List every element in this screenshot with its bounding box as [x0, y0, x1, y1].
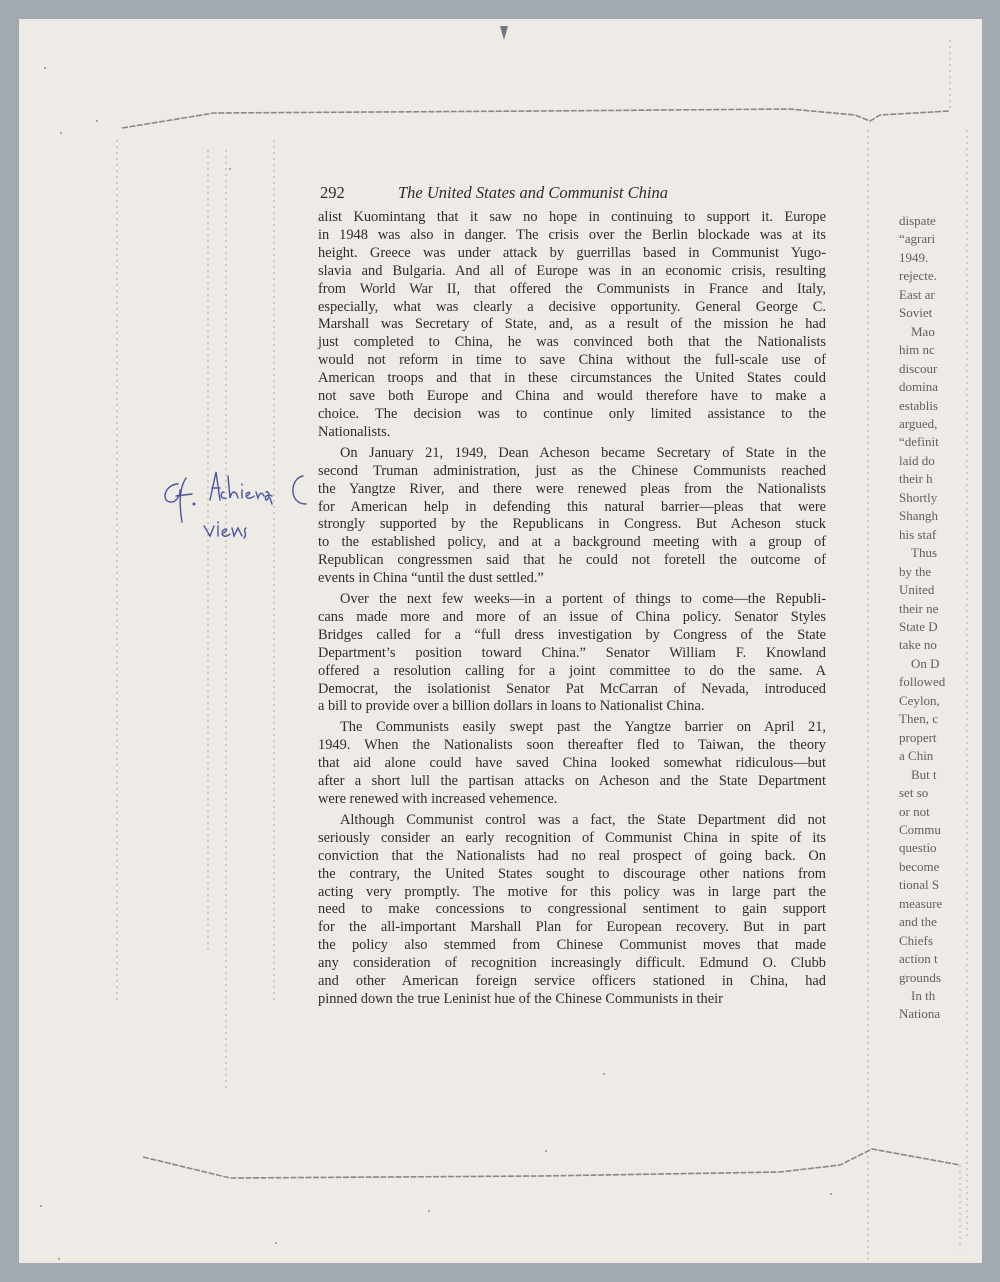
- page-number: 292: [320, 183, 345, 203]
- fragment-line: Mao: [899, 323, 969, 341]
- fragment-line: followed: [899, 673, 969, 691]
- facing-page-fragments: dispate“agrari1949.rejecte.East arSoviet…: [899, 212, 969, 1024]
- text-line: any consideration of recognition increas…: [318, 955, 826, 973]
- fragment-line: or not: [899, 803, 969, 821]
- text-line: just completed to China, he was convince…: [318, 334, 826, 352]
- fragment-line: become: [899, 858, 969, 876]
- text-line: after a short lull the partisan attacks …: [318, 773, 826, 791]
- fragment-line: by the: [899, 563, 969, 581]
- fragment-line: But t: [899, 766, 969, 784]
- fragment-line: him nc: [899, 341, 969, 359]
- text-line: Bridges called for a “full dress investi…: [318, 627, 826, 645]
- fragment-line: Commu: [899, 821, 969, 839]
- text-line: a bill to provide over a billion dollars…: [318, 698, 826, 716]
- paragraph: Although Communist control was a fact, t…: [318, 812, 826, 1009]
- text-line: Democrat, the isolationist Senator Pat M…: [318, 681, 826, 699]
- fragment-line: his staf: [899, 526, 969, 544]
- text-line: that aid alone could have saved China lo…: [318, 755, 826, 773]
- text-line: offered a resolution calling for a joint…: [318, 663, 826, 681]
- fragment-line: Then, c: [899, 710, 969, 728]
- text-line: American troops and that in these circum…: [318, 370, 826, 388]
- book-title: The United States and Communist China: [398, 183, 668, 203]
- text-line: height. Greece was under attack by guerr…: [318, 245, 826, 263]
- text-line: choice. The decision was to continue onl…: [318, 406, 826, 424]
- paragraph: On January 21, 1949, Dean Acheson became…: [318, 445, 826, 588]
- text-line: the policy also stemmed from Chinese Com…: [318, 937, 826, 955]
- text-line: second Truman administration, just as th…: [318, 463, 826, 481]
- fragment-line: United: [899, 581, 969, 599]
- fragment-line: East ar: [899, 286, 969, 304]
- text-line: the contrary, the United States sought t…: [318, 866, 826, 884]
- text-line: events in China “until the dust settled.…: [318, 570, 826, 588]
- fragment-line: 1949.: [899, 249, 969, 267]
- fragment-line: In th: [899, 987, 969, 1005]
- text-line: the Yangtze River, and there were renewe…: [318, 481, 826, 499]
- text-line: pinned down the true Leninist hue of the…: [318, 991, 826, 1009]
- fragment-line: Thus: [899, 544, 969, 562]
- text-line: strongly supported by the Republicans in…: [318, 516, 826, 534]
- text-line: seriously consider an early recognition …: [318, 830, 826, 848]
- text-line: to the established policy, and at a back…: [318, 534, 826, 552]
- text-line: from World War II, that offered the Comm…: [318, 281, 826, 299]
- text-line: conviction that the Nationalists had no …: [318, 848, 826, 866]
- text-line: not save both Europe and China and would…: [318, 388, 826, 406]
- paragraph: alist Kuomintang that it saw no hope in …: [318, 209, 826, 442]
- text-line: for the all-important Marshall Plan for …: [318, 919, 826, 937]
- fragment-line: Shangh: [899, 507, 969, 525]
- text-line: On January 21, 1949, Dean Acheson became…: [318, 445, 826, 463]
- fragment-line: Nationa: [899, 1005, 969, 1023]
- fragment-line: laid do: [899, 452, 969, 470]
- fragment-line: Soviet: [899, 304, 969, 322]
- registration-mark: [500, 26, 508, 40]
- fragment-line: a Chin: [899, 747, 969, 765]
- text-line: acting very promptly. The motive for thi…: [318, 884, 826, 902]
- fragment-line: their ne: [899, 600, 969, 618]
- text-line: Republican congressmen said that he coul…: [318, 552, 826, 570]
- text-line: 1949. When the Nationalists soon thereaf…: [318, 737, 826, 755]
- text-line: Nationalists.: [318, 424, 826, 442]
- text-line: slavia and Bulgaria. And all of Europe w…: [318, 263, 826, 281]
- text-line: would not reform in time to save China w…: [318, 352, 826, 370]
- fragment-line: action t: [899, 950, 969, 968]
- fragment-line: Ceylon,: [899, 692, 969, 710]
- fragment-line: questio: [899, 839, 969, 857]
- text-line: alist Kuomintang that it saw no hope in …: [318, 209, 826, 227]
- text-line: need to make concessions to congressiona…: [318, 901, 826, 919]
- fragment-line: tional S: [899, 876, 969, 894]
- fragment-line: domina: [899, 378, 969, 396]
- text-line: for American help in defending this natu…: [318, 499, 826, 517]
- fragment-line: their h: [899, 470, 969, 488]
- paragraph: Over the next few weeks—in a portent of …: [318, 591, 826, 716]
- book-page: 292 The United States and Communist Chin…: [318, 183, 826, 1009]
- running-head: 292 The United States and Communist Chin…: [318, 183, 826, 207]
- fragment-line: State D: [899, 618, 969, 636]
- handwritten-annotation: [158, 470, 318, 550]
- fragment-line: and the: [899, 913, 969, 931]
- fragment-line: Chiefs: [899, 932, 969, 950]
- text-line: cans made more and more of an issue of C…: [318, 609, 826, 627]
- text-line: in 1948 was also in danger. The crisis o…: [318, 227, 826, 245]
- paragraph: The Communists easily swept past the Yan…: [318, 719, 826, 809]
- text-line: were renewed with increased vehemence.: [318, 791, 826, 809]
- text-line: especially, what was clearly a decisive …: [318, 299, 826, 317]
- fragment-line: Shortly: [899, 489, 969, 507]
- fragment-line: take no: [899, 636, 969, 654]
- fragment-line: “definit: [899, 433, 969, 451]
- text-line: Over the next few weeks—in a portent of …: [318, 591, 826, 609]
- fragment-line: measure: [899, 895, 969, 913]
- body-text: alist Kuomintang that it saw no hope in …: [318, 209, 826, 1009]
- fragment-line: propert: [899, 729, 969, 747]
- fragment-line: set so: [899, 784, 969, 802]
- fragment-line: rejecte.: [899, 267, 969, 285]
- fragment-line: discour: [899, 360, 969, 378]
- text-line: Marshall was Secretary of State, and, as…: [318, 316, 826, 334]
- fragment-line: argued,: [899, 415, 969, 433]
- text-line: Department’s position toward China.” Sen…: [318, 645, 826, 663]
- fragment-line: grounds: [899, 969, 969, 987]
- fragment-line: “agrari: [899, 230, 969, 248]
- fragment-line: dispate: [899, 212, 969, 230]
- text-line: The Communists easily swept past the Yan…: [318, 719, 826, 737]
- text-line: Although Communist control was a fact, t…: [318, 812, 826, 830]
- fragment-line: On D: [899, 655, 969, 673]
- fragment-line: establis: [899, 397, 969, 415]
- text-line: and other American foreign service offic…: [318, 973, 826, 991]
